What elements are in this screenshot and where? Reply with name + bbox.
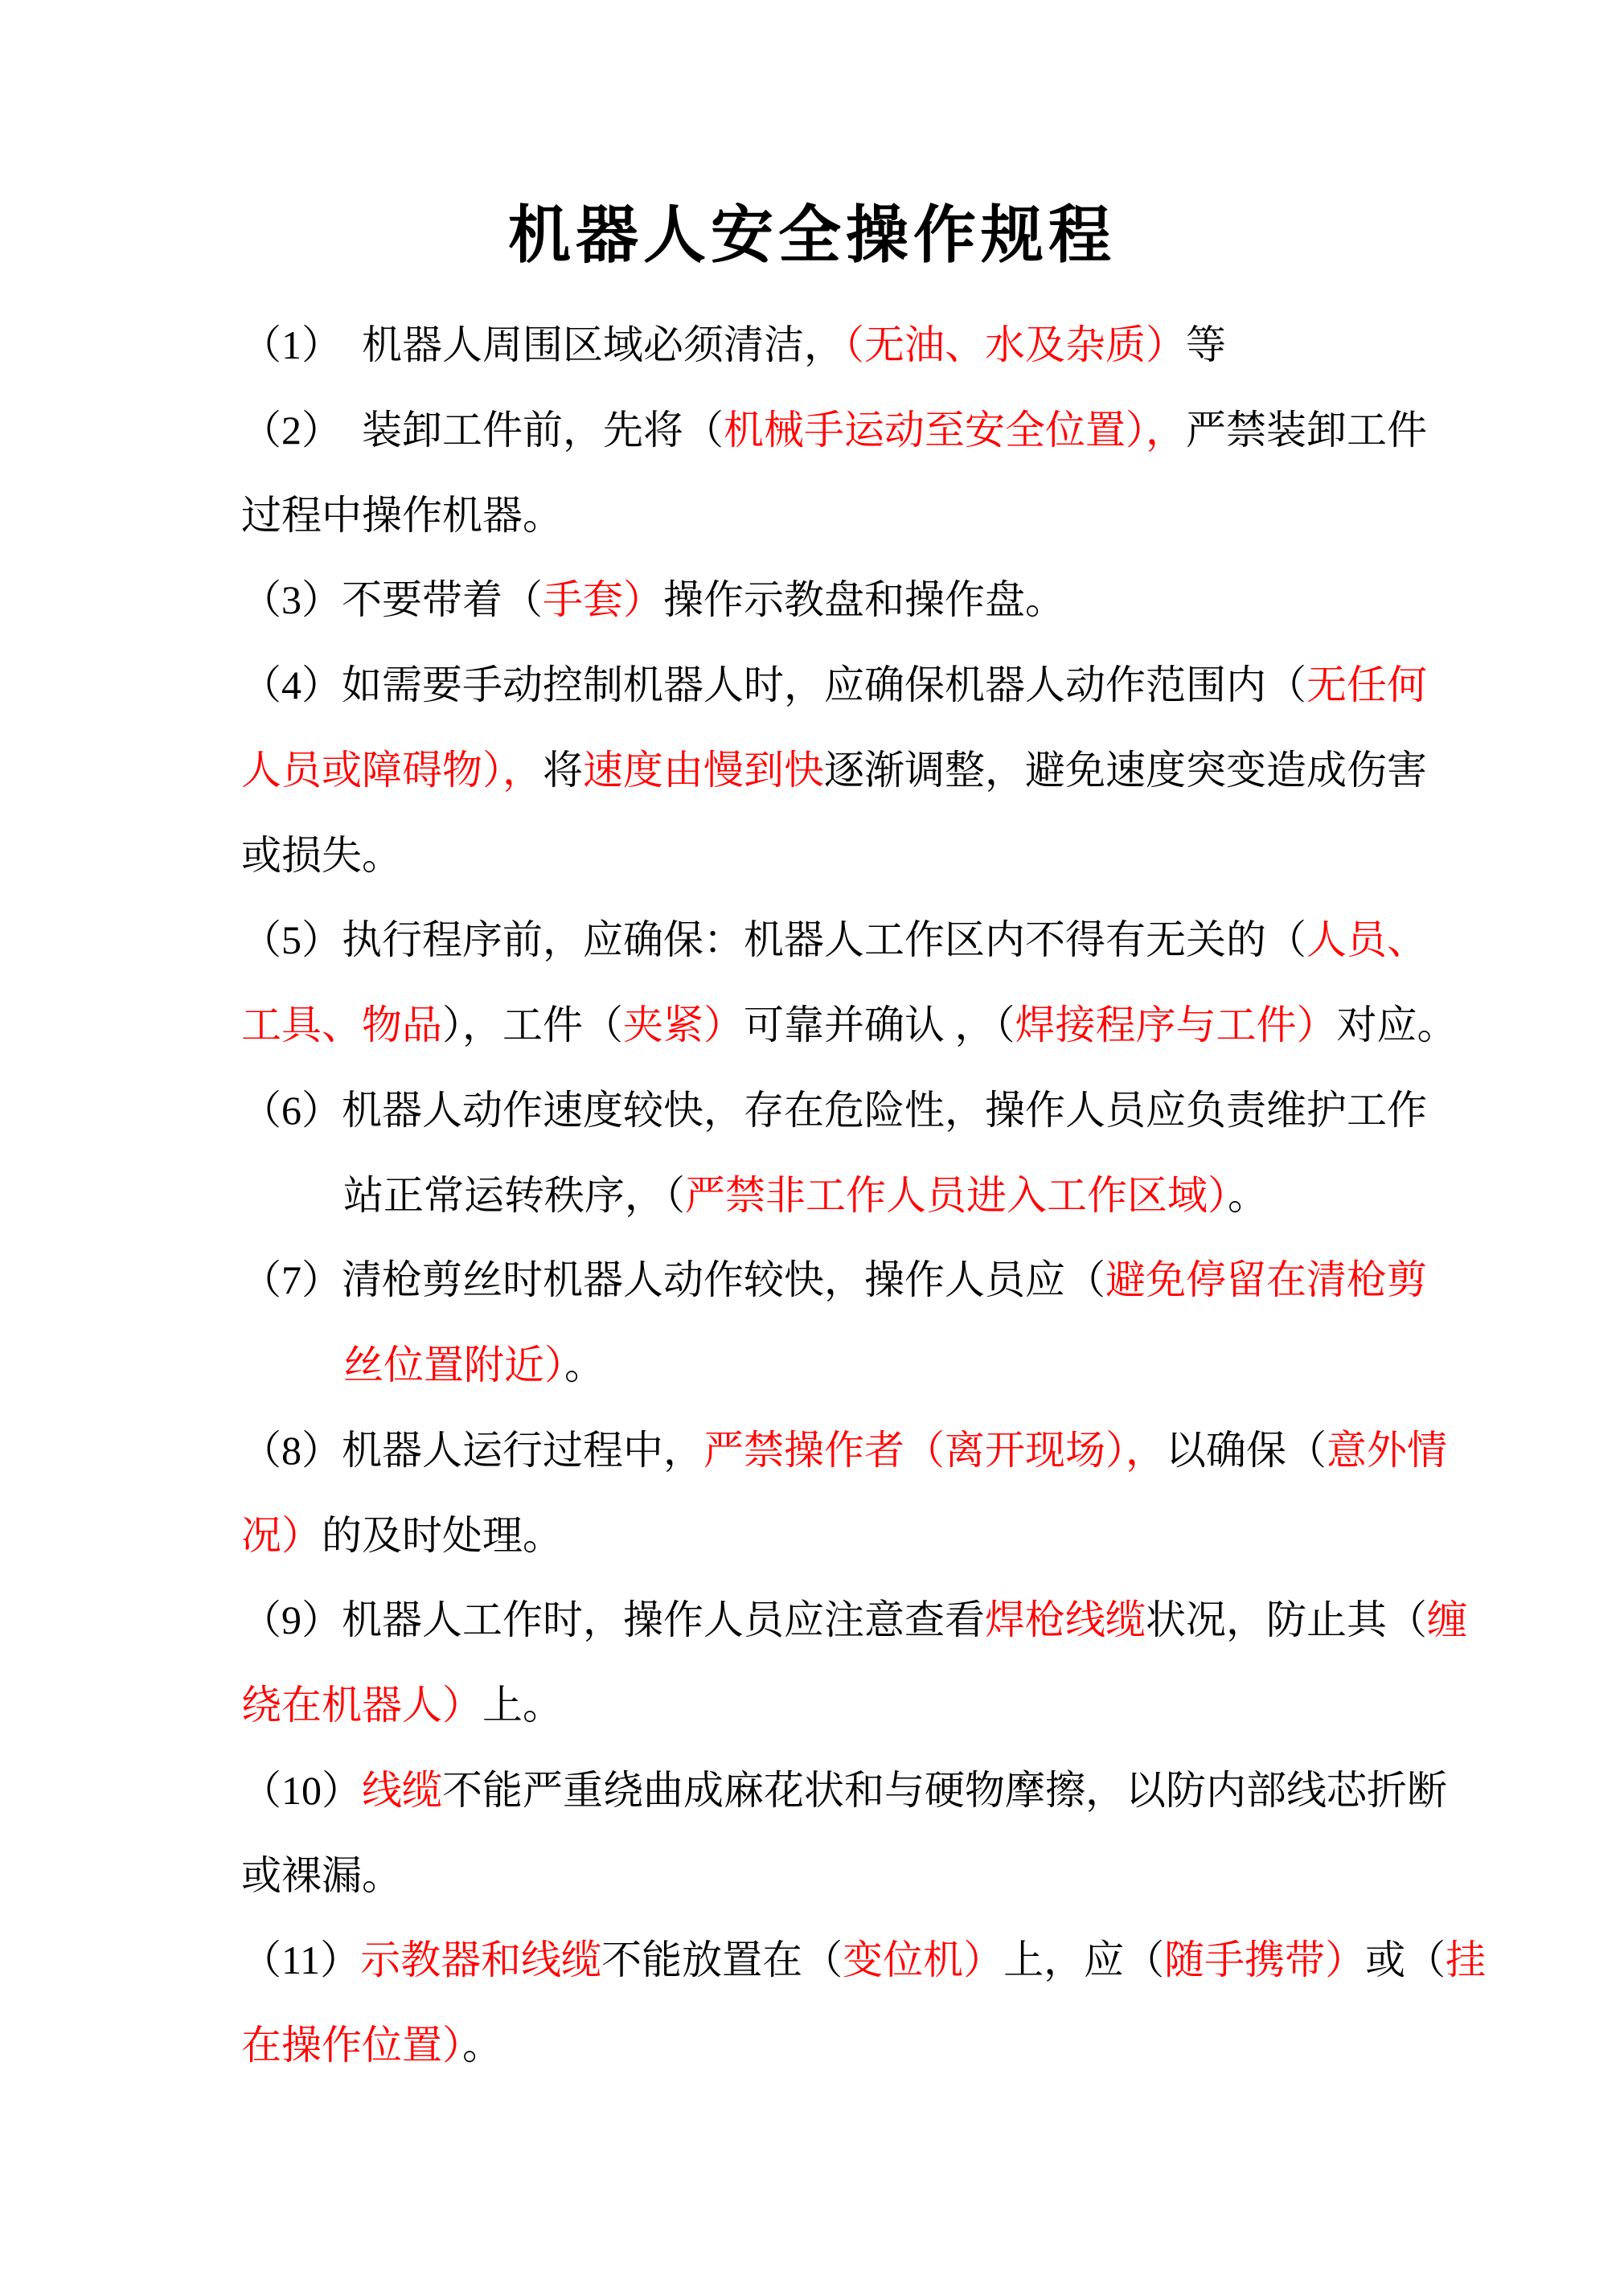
text-segment: 在操作位置） — [241, 2023, 462, 2068]
text-line-6: 人员或障碍物），将速度由慢到快逐渐调整，避免速度突变造成伤害 — [241, 728, 1536, 814]
text-segment: 状况，防止其（ — [1146, 1597, 1427, 1642]
text-line-16: （9）机器人工作时，操作人员应注意查看焊枪线缆状况，防止其（缠 — [241, 1578, 1536, 1663]
text-line-4: （3）不要带着（手套）操作示教盘和操作盘。 — [241, 558, 1536, 643]
document-body: （1） 机器人周围区域必须清洁，（无油、水及杂质）等（2） 装卸工件前，先将（机… — [241, 303, 1536, 2089]
text-line-3: 过程中操作机器。 — [241, 474, 1536, 559]
text-segment: （4）如需要手动控制机器人时，应确保机器人动作范围内（ — [241, 662, 1306, 707]
text-segment: 线缆 — [362, 1768, 442, 1813]
text-line-14: （8）机器人运行过程中，严禁操作者（离开现场），以确保（意外情 — [241, 1408, 1536, 1494]
text-segment: 的及时处理。 — [322, 1513, 563, 1558]
text-segment: 操作示教盘和操作盘。 — [663, 577, 1065, 622]
text-segment: 将 — [543, 748, 583, 793]
text-segment: （1） 机器人周围区域必须清洁， — [241, 322, 844, 367]
text-segment: 况） — [241, 1513, 322, 1558]
text-segment: 随手携带） — [1164, 1937, 1365, 1982]
text-line-9: 工具、物品），工件（夹紧）可靠并确认 ，（焊接程序与工件）对应。 — [241, 983, 1536, 1068]
document-title: 机器人安全操作规程 — [0, 204, 1624, 267]
text-segment: （2） 装卸工件前，先将（ — [241, 408, 724, 453]
text-segment: 过程中操作机器。 — [241, 493, 563, 538]
text-segment: （无油、水及杂质） — [844, 322, 1186, 367]
text-segment: （5）执行程序前，应确保：机器人工作区内不得有无关的（ — [241, 917, 1306, 962]
text-segment: 速度由慢到快 — [583, 748, 824, 793]
text-segment: 避免停留在清枪剪 — [1105, 1257, 1427, 1302]
text-segment: （3）不要带着（ — [241, 577, 543, 622]
text-segment: 严禁操作者（离开现场）， — [703, 1428, 1166, 1473]
text-segment: 不能严重绕曲成麻花状和与硬物摩擦，以防内部线芯折断 — [442, 1768, 1447, 1813]
text-segment: 不能放置在（ — [601, 1937, 843, 1982]
text-segment: （8）机器人运行过程中， — [241, 1428, 703, 1473]
text-segment: 。 — [462, 2023, 502, 2068]
text-segment: 严禁装卸工件 — [1186, 408, 1427, 453]
text-line-5: （4）如需要手动控制机器人时，应确保机器人动作范围内（无任何 — [241, 643, 1536, 728]
text-segment: 对应。 — [1337, 1002, 1458, 1048]
text-line-2: （2） 装卸工件前，先将（机械手运动至安全位置），严禁装卸工件 — [241, 388, 1536, 474]
text-segment: 工具、物品 — [241, 1002, 442, 1048]
text-line-21: 在操作位置）。 — [241, 2003, 1536, 2089]
text-segment: 等 — [1186, 322, 1226, 367]
text-line-18: （10）线缆不能严重绕曲成麻花状和与硬物摩擦，以防内部线芯折断 — [241, 1749, 1536, 1834]
text-segment: （6）机器人动作速度较快，存在危险性，操作人员应负责维护工作 — [241, 1088, 1427, 1133]
text-segment: 人员或障碍物）， — [241, 748, 543, 793]
text-segment: 站正常运转秩序，（ — [343, 1173, 685, 1218]
text-line-17: 绕在机器人）上。 — [241, 1663, 1536, 1749]
document-page: 机器人安全操作规程 （1） 机器人周围区域必须清洁，（无油、水及杂质）等（2） … — [0, 0, 1624, 2296]
text-segment: 示教器和线缆 — [360, 1937, 601, 1982]
text-line-11: 站正常运转秩序，（严禁非工作人员进入工作区域）。 — [241, 1154, 1536, 1239]
text-segment: 上。 — [482, 1683, 563, 1728]
text-segment: 以确保（ — [1166, 1428, 1327, 1473]
text-segment: 或（ — [1365, 1937, 1446, 1982]
text-segment: 焊枪线缆 — [985, 1597, 1146, 1642]
text-segment: 意外情 — [1327, 1428, 1447, 1473]
text-line-20: （11）示教器和线缆不能放置在（变位机）上，应（随手携带）或（挂 — [241, 1918, 1536, 2003]
text-segment: 绕在机器人） — [241, 1683, 482, 1728]
text-line-7: 或损失。 — [241, 814, 1536, 899]
text-segment: 手套） — [543, 577, 663, 622]
text-segment: （10） — [241, 1768, 362, 1813]
text-line-19: 或裸漏。 — [241, 1834, 1536, 1919]
text-segment: 严禁非工作人员进入工作区域） — [685, 1173, 1228, 1218]
text-segment: 。 — [564, 1343, 605, 1388]
text-segment: （7）清枪剪丝时机器人动作较快，操作人员应（ — [241, 1257, 1105, 1302]
text-segment: 。 — [1228, 1173, 1268, 1218]
text-line-1: （1） 机器人周围区域必须清洁，（无油、水及杂质）等 — [241, 303, 1536, 388]
text-line-13: 丝位置附近）。 — [241, 1323, 1536, 1408]
text-line-8: （5）执行程序前，应确保：机器人工作区内不得有无关的（人员、 — [241, 898, 1536, 983]
text-segment: ），工件（ — [442, 1002, 623, 1048]
text-segment: 挂 — [1446, 1937, 1486, 1982]
text-line-15: 况）的及时处理。 — [241, 1494, 1536, 1579]
text-segment: 夹紧） — [623, 1002, 744, 1048]
text-segment: 上，应（ — [1003, 1937, 1164, 1982]
text-segment: 可靠并确认 ，（ — [744, 1002, 1015, 1048]
text-segment: 人员、 — [1306, 917, 1427, 962]
text-segment: 丝位置附近） — [343, 1343, 564, 1388]
text-segment: 或裸漏。 — [241, 1853, 402, 1898]
text-segment: （9）机器人工作时，操作人员应注意查看 — [241, 1597, 985, 1642]
text-segment: 无任何 — [1306, 662, 1427, 707]
text-segment: 或损失。 — [241, 833, 402, 878]
text-segment: 变位机） — [843, 1937, 1003, 1982]
text-line-10: （6）机器人动作速度较快，存在危险性，操作人员应负责维护工作 — [241, 1068, 1536, 1154]
text-segment: （11） — [241, 1937, 360, 1982]
text-segment: 缠 — [1427, 1597, 1467, 1642]
text-line-12: （7）清枪剪丝时机器人动作较快，操作人员应（避免停留在清枪剪 — [241, 1238, 1536, 1323]
text-segment: 机械手运动至安全位置）， — [724, 408, 1186, 453]
text-segment: 焊接程序与工件） — [1015, 1002, 1337, 1048]
text-segment: 逐渐调整，避免速度突变造成伤害 — [824, 748, 1427, 793]
